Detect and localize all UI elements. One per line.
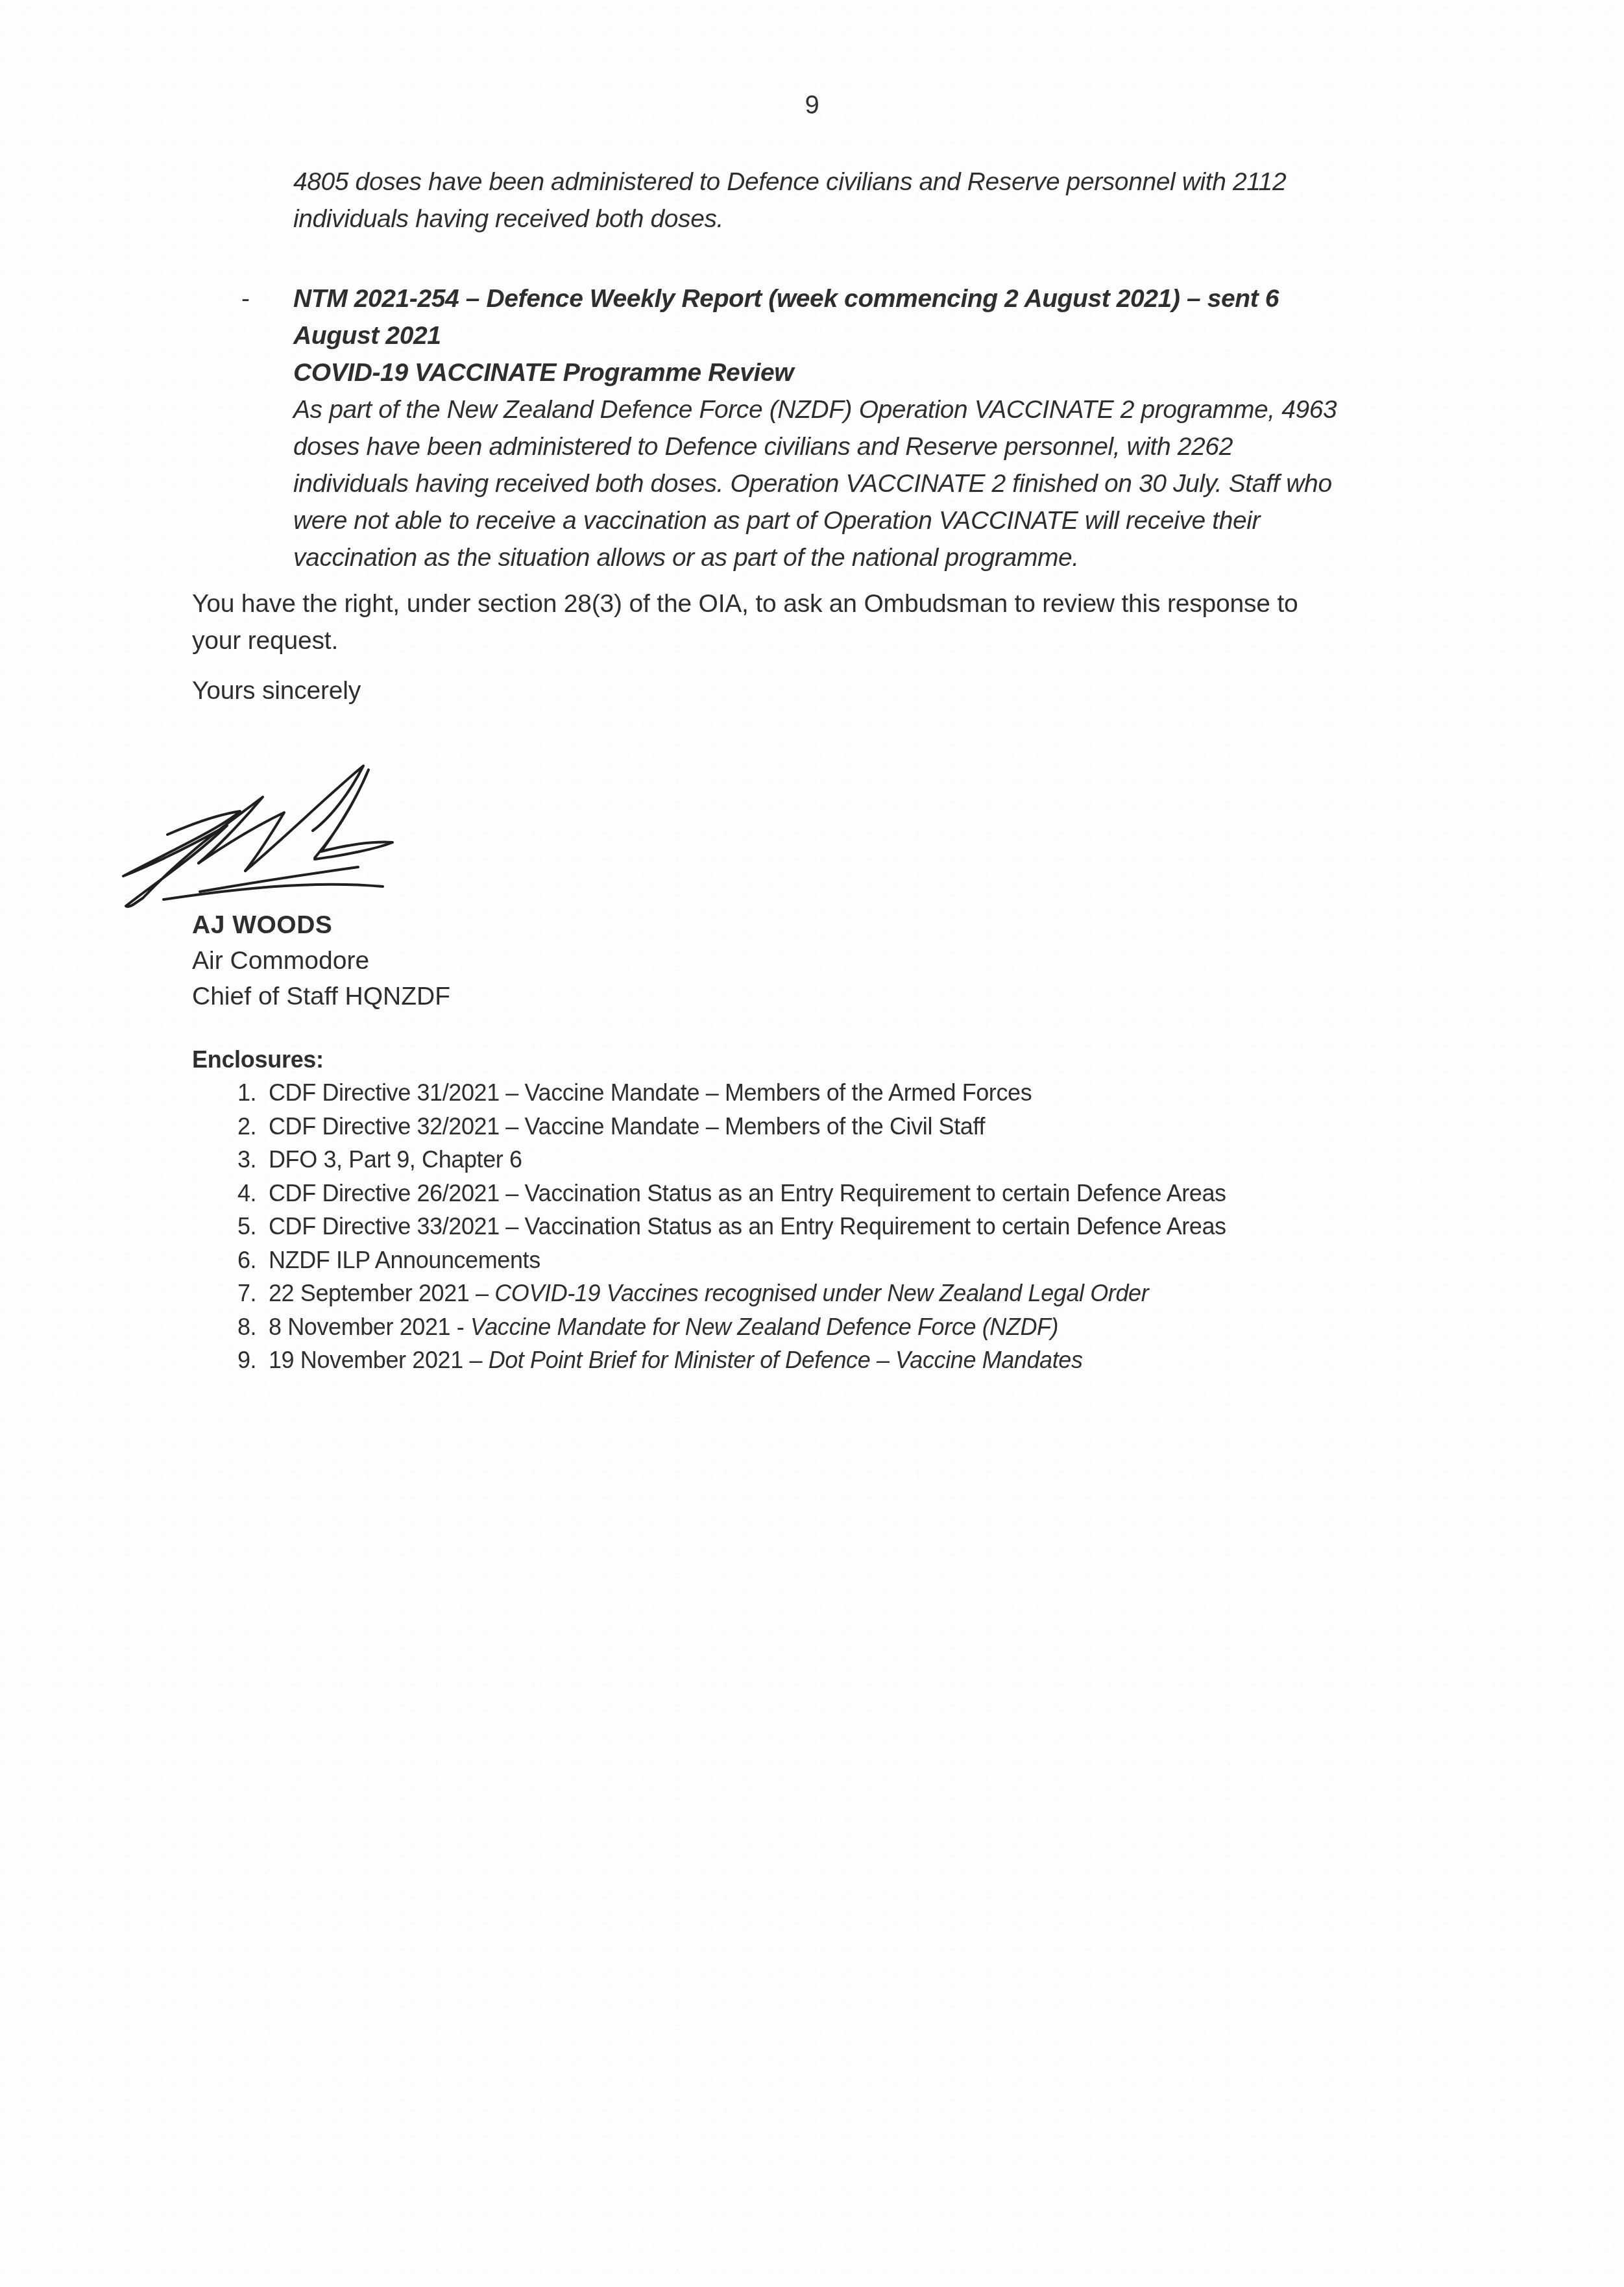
bullet-heading-line: NTM 2021-254 – Defence Weekly Report (we… <box>293 280 1448 317</box>
enclosure-item: 7.22 September 2021 – COVID-19 Vaccines … <box>237 1277 1226 1310</box>
enclosure-title: CDF Directive 31/2021 – Vaccine Mandate … <box>269 1079 1032 1106</box>
bullet-marker: - <box>241 280 250 317</box>
enclosure-title-italic: COVID-19 Vaccines recognised under New Z… <box>494 1280 1148 1306</box>
enclosure-title-italic: Dot Point Brief for Minister of Defence … <box>489 1347 1083 1373</box>
enclosure-number: 9. <box>237 1343 269 1377</box>
enclosure-title: 22 September 2021 – <box>269 1280 494 1306</box>
enclosure-title: NZDF ILP Announcements <box>269 1247 540 1273</box>
enclosures-list: 1.CDF Directive 31/2021 – Vaccine Mandat… <box>237 1076 1226 1377</box>
page-number: 9 <box>0 91 1624 120</box>
enclosure-title: CDF Directive 26/2021 – Vaccination Stat… <box>269 1180 1226 1206</box>
enclosure-item: 6.NZDF ILP Announcements <box>237 1243 1226 1277</box>
rights-paragraph: You have the right, under section 28(3) … <box>192 585 1464 659</box>
enclosure-number: 7. <box>237 1277 269 1310</box>
enclosure-item: 9.19 November 2021 – Dot Point Brief for… <box>237 1343 1226 1377</box>
signatory-position: Chief of Staff HQNZDF <box>192 979 450 1014</box>
intro-continuation: 4805 doses have been administered to Def… <box>293 164 1448 238</box>
enclosure-number: 4. <box>237 1177 269 1210</box>
text-line: individuals having received both doses. <box>293 201 1448 238</box>
enclosure-title-italic: Vaccine Mandate for New Zealand Defence … <box>470 1314 1058 1340</box>
signatory-rank: Air Commodore <box>192 943 450 979</box>
enclosure-title: DFO 3, Part 9, Chapter 6 <box>269 1146 522 1173</box>
bullet-body-line: were not able to receive a vaccination a… <box>293 502 1448 539</box>
enclosure-item: 1.CDF Directive 31/2021 – Vaccine Mandat… <box>237 1076 1226 1110</box>
enclosure-number: 6. <box>237 1243 269 1277</box>
text-line: your request. <box>192 622 1464 659</box>
signature-icon <box>117 753 454 922</box>
enclosure-item: 4.CDF Directive 26/2021 – Vaccination St… <box>237 1177 1226 1210</box>
enclosure-number: 1. <box>237 1076 269 1110</box>
signatory-block: AJ WOODS Air Commodore Chief of Staff HQ… <box>192 907 450 1014</box>
bullet-heading-line: August 2021 <box>293 317 1448 354</box>
enclosure-number: 5. <box>237 1210 269 1243</box>
bullet-body-line: vaccination as the situation allows or a… <box>293 539 1448 576</box>
enclosures-heading: Enclosures: <box>192 1046 324 1073</box>
enclosure-title: 19 November 2021 – <box>269 1347 489 1373</box>
closing-text: Yours sincerely <box>192 672 1464 709</box>
enclosure-title: CDF Directive 32/2021 – Vaccine Mandate … <box>269 1113 985 1140</box>
enclosure-item: 3.DFO 3, Part 9, Chapter 6 <box>237 1143 1226 1177</box>
document-page: 9 4805 doses have been administered to D… <box>0 0 1624 2287</box>
enclosure-number: 2. <box>237 1110 269 1143</box>
enclosure-title: CDF Directive 33/2021 – Vaccination Stat… <box>269 1213 1226 1240</box>
bullet-subheading: COVID-19 VACCINATE Programme Review <box>293 354 1448 391</box>
bullet-body-line: individuals having received both doses. … <box>293 465 1448 502</box>
text-line: You have the right, under section 28(3) … <box>192 585 1464 622</box>
enclosure-item: 2.CDF Directive 32/2021 – Vaccine Mandat… <box>237 1110 1226 1143</box>
enclosure-number: 8. <box>237 1310 269 1344</box>
signatory-name: AJ WOODS <box>192 907 450 943</box>
enclosure-number: 3. <box>237 1143 269 1177</box>
bullet-item: NTM 2021-254 – Defence Weekly Report (we… <box>293 280 1448 576</box>
closing: Yours sincerely <box>192 672 1464 709</box>
text-line: 4805 doses have been administered to Def… <box>293 164 1448 201</box>
bullet-body-line: As part of the New Zealand Defence Force… <box>293 391 1448 428</box>
enclosure-item: 5.CDF Directive 33/2021 – Vaccination St… <box>237 1210 1226 1243</box>
enclosure-item: 8.8 November 2021 - Vaccine Mandate for … <box>237 1310 1226 1344</box>
enclosure-title: 8 November 2021 - <box>269 1314 470 1340</box>
bullet-body-line: doses have been administered to Defence … <box>293 428 1448 465</box>
